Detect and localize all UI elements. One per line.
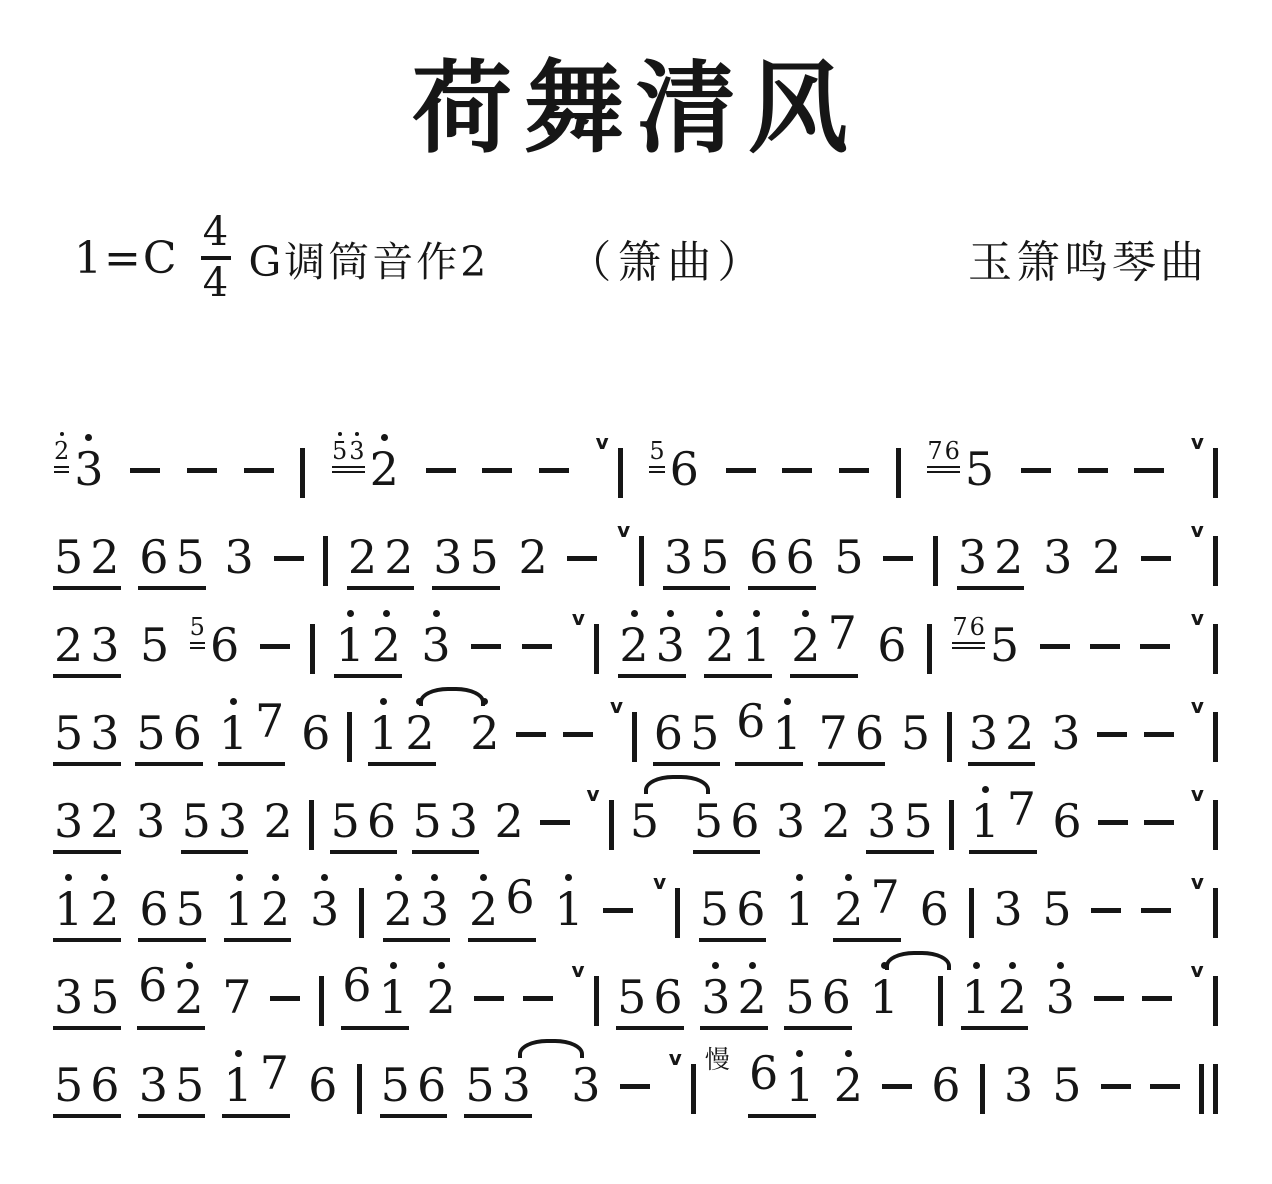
sustain-dash: [1040, 644, 1070, 649]
sustain-dash: [539, 468, 569, 473]
digit-column: 5: [90, 974, 119, 1021]
note: 6: [920, 886, 949, 942]
note-digit: 2: [370, 446, 399, 493]
barline: [949, 800, 954, 850]
note: 3: [136, 798, 165, 854]
digit-column: 5: [649, 439, 664, 463]
note-group: 65: [139, 534, 205, 590]
note-digit: 6: [138, 962, 167, 1009]
digit-column: 6: [173, 710, 202, 757]
note-digit: 1: [785, 1062, 814, 1109]
note-digit: 3: [969, 710, 998, 757]
note-group: 17: [219, 698, 285, 766]
digit-column: 2: [469, 874, 498, 933]
note-digit: 5: [140, 622, 169, 669]
measure-end: [359, 888, 364, 942]
breath-mark-icon: v: [1191, 608, 1204, 628]
note-digit: 3: [421, 622, 450, 669]
digit-column: 3: [664, 534, 693, 581]
eighth-underline: [866, 850, 934, 854]
note-digit: 7: [1007, 786, 1036, 833]
sustain-dash: [1141, 556, 1171, 561]
note-digit: 7: [871, 874, 900, 921]
note-digit: 2: [90, 534, 119, 581]
digit-column: 5: [465, 1062, 494, 1109]
measure-end: [896, 448, 901, 502]
digit-column: 2: [90, 798, 119, 845]
sustain-dash: [1078, 468, 1108, 473]
score-line: 35627612v5632561123v: [54, 942, 1218, 1030]
sustain-dash: [522, 644, 552, 649]
octave-dot-icon: [802, 610, 809, 617]
eighth-underline: [138, 1114, 206, 1118]
note-digit: 5: [190, 615, 205, 639]
eighth-underline: [53, 1026, 121, 1030]
sustain-dash: [523, 996, 553, 1001]
octave-dot-icon: [480, 874, 487, 881]
grace-digits: 5: [649, 439, 664, 463]
eighth-underline: [818, 762, 886, 766]
digit-column: 6: [342, 962, 371, 1021]
breath-mark-icon: v: [669, 1048, 682, 1068]
digit-column: 5: [331, 798, 360, 845]
note-digit: 5: [903, 798, 932, 845]
eighth-underline: [663, 586, 731, 590]
digit-column: 3: [776, 798, 805, 845]
note-digit: 3: [136, 798, 165, 845]
note-digit: 2: [791, 622, 820, 669]
octave-dot-icon: [338, 432, 342, 436]
note: 765: [927, 439, 994, 502]
digit-column: 3: [993, 886, 1022, 933]
digit-column: 5: [617, 974, 646, 1021]
note-digit: 2: [705, 622, 734, 669]
eighth-underline: [616, 1026, 684, 1030]
octave-dot-icon: [565, 874, 572, 881]
note-digit: 3: [90, 622, 119, 669]
digit-column: 3: [310, 874, 339, 933]
octave-dot-icon: [784, 698, 791, 705]
note-digit: 3: [139, 1062, 168, 1109]
note-digit: 2: [994, 534, 1023, 581]
note-digit: 6: [210, 622, 239, 669]
digit-column: 2: [174, 962, 203, 1021]
digit-column: 2: [834, 874, 863, 933]
digit-column: 3: [90, 710, 119, 757]
eighth-underline: [961, 1026, 1029, 1030]
barline: [594, 976, 599, 1026]
digit-column: 5: [182, 798, 211, 845]
sustain-dash: [1141, 908, 1171, 913]
barline: [675, 888, 680, 938]
sustain-dash: [726, 468, 756, 473]
sustain-dash: [1142, 996, 1172, 1001]
digit-column: 1: [962, 962, 991, 1021]
octave-dot-icon: [236, 874, 243, 881]
note-digit: 5: [381, 1062, 410, 1109]
song-title: 荷舞清风: [0, 0, 1272, 172]
digit-column: 6: [505, 874, 534, 933]
digit-column: 2: [90, 874, 119, 933]
note-digit: 2: [834, 1062, 863, 1109]
note-group: 32: [701, 962, 767, 1030]
digit-column: 6: [367, 798, 396, 845]
note-digit: 3: [420, 886, 449, 933]
score-body: 23532v56765v5265322352v356653232v2355612…: [0, 414, 1272, 1118]
octave-dot-icon: [796, 874, 803, 881]
note-digit: 1: [219, 710, 248, 757]
eighth-underline: [224, 938, 292, 942]
digit-column: 1: [225, 874, 254, 933]
digit-column: 6: [877, 622, 906, 669]
eighth-underline: [432, 586, 500, 590]
octave-dot-icon: [235, 1050, 242, 1057]
digit-column: 2: [261, 874, 290, 933]
note-group: 53: [54, 710, 120, 766]
barline: [594, 624, 599, 674]
grace-underline: [190, 642, 205, 645]
note-digit: 6: [367, 798, 396, 845]
note-digit: 1: [225, 886, 254, 933]
note-digit: 5: [176, 886, 205, 933]
note-digit: 2: [264, 798, 293, 845]
note-group: 17: [223, 1050, 289, 1118]
note-group: 12: [335, 610, 401, 678]
grace-underline: [54, 466, 69, 469]
note-digit: 3: [958, 534, 987, 581]
eighth-underline: [53, 674, 121, 678]
note-digit: 3: [1043, 534, 1072, 581]
note-digit: 6: [139, 886, 168, 933]
sustain-dash: [187, 468, 217, 473]
note-group: 12: [962, 962, 1028, 1030]
eighth-underline: [368, 762, 436, 766]
note-group: 61: [342, 962, 408, 1030]
octave-dot-icon: [753, 610, 760, 617]
eighth-underline: [138, 938, 206, 942]
note-group: 17: [970, 786, 1036, 854]
digit-column: 5: [54, 710, 83, 757]
digit-column: 2: [54, 432, 69, 463]
barline: [1213, 800, 1218, 850]
note-digit: 2: [822, 798, 851, 845]
note-digit: 5: [617, 974, 646, 1021]
score-line: 5356176122v6561765323v: [54, 678, 1218, 766]
note-digit: 6: [822, 974, 851, 1021]
note-digit: 6: [920, 886, 949, 933]
note: 3: [1051, 710, 1080, 766]
note-digit: 6: [749, 534, 778, 581]
measure-end: v: [1191, 608, 1218, 678]
note-digit: 1: [554, 886, 583, 933]
eighth-underline: [699, 938, 767, 942]
note: 2: [264, 798, 293, 854]
note-group: 66: [749, 534, 815, 590]
measure-end: [310, 624, 315, 678]
note-group: 35: [867, 798, 933, 854]
barline: [359, 888, 364, 938]
slur-arc-icon: [644, 775, 710, 794]
digit-column: 1: [219, 698, 248, 757]
octave-dot-icon: [1057, 962, 1064, 969]
eighth-underline: [138, 586, 206, 590]
note: 3: [225, 534, 254, 590]
grace-digits: 2: [54, 432, 69, 463]
note: 56: [190, 615, 240, 678]
digit-column: 6: [730, 798, 759, 845]
note-digit: 6: [654, 710, 683, 757]
note-digit: 6: [1052, 798, 1081, 845]
note: 2: [494, 798, 523, 854]
digit-column: 5: [694, 798, 723, 845]
note-digit: 2: [348, 534, 377, 581]
digit-column: 2: [264, 798, 293, 845]
note-digit: 3: [433, 534, 462, 581]
note-digit: 5: [331, 798, 360, 845]
digit-column: 1: [742, 610, 771, 669]
barline: [1213, 1064, 1218, 1114]
barline: [927, 624, 932, 674]
digit-column: 7: [1007, 786, 1036, 845]
digit-column: 1: [379, 962, 408, 1021]
digit-column: 1: [369, 698, 398, 757]
digit-column: 6: [653, 974, 682, 1021]
barline: [947, 712, 952, 762]
digit-column: 3: [218, 798, 247, 845]
note-group: 26: [469, 874, 535, 942]
eighth-underline: [748, 586, 816, 590]
sustain-dash: [1101, 1084, 1131, 1089]
note-digit: 7: [255, 698, 284, 745]
eighth-underline: [347, 586, 415, 590]
breath-mark-icon: v: [1191, 872, 1204, 892]
measure-end: [357, 1064, 362, 1118]
note-digit: 2: [834, 886, 863, 933]
octave-dot-icon: [395, 874, 402, 881]
measure-end: [969, 888, 974, 942]
digit-column: 7: [819, 710, 848, 757]
final-double-barline: [1199, 1064, 1218, 1118]
note: 1: [870, 962, 899, 1030]
digit-column: 3: [1046, 962, 1075, 1021]
digit-column: 5: [190, 615, 205, 639]
octave-dot-icon: [381, 434, 388, 441]
note-digit: 2: [54, 622, 83, 669]
breath-mark-icon: v: [617, 520, 630, 540]
eighth-underline: [748, 1114, 816, 1118]
measure-end: v: [596, 432, 623, 502]
octave-dot-icon: [186, 962, 193, 969]
eighth-underline: [968, 762, 1036, 766]
sustain-dash: [471, 644, 501, 649]
digit-column: 2: [494, 798, 523, 845]
note: 6: [931, 1062, 960, 1118]
note-digit: 5: [469, 534, 498, 581]
digit-column: 6: [417, 1062, 446, 1109]
eighth-underline: [735, 762, 803, 766]
digit-column: 7: [871, 874, 900, 933]
note: 3: [776, 798, 805, 854]
note-digit: 1: [785, 886, 814, 933]
octave-dot-icon: [380, 698, 387, 705]
digit-column: 7: [255, 698, 284, 757]
sustain-dash: [563, 732, 593, 737]
eighth-underline: [618, 674, 686, 678]
note: 23: [54, 432, 104, 502]
note-digit: 2: [1092, 534, 1121, 581]
digit-column: 5: [785, 974, 814, 1021]
note-digit: 3: [867, 798, 896, 845]
note-digit: 3: [1004, 1062, 1033, 1109]
note-digit: 3: [993, 886, 1022, 933]
note-group: 61: [749, 1050, 815, 1118]
note: 1: [554, 874, 583, 942]
note-digit: 6: [139, 534, 168, 581]
note-digit: 5: [90, 974, 119, 1021]
octave-dot-icon: [712, 962, 719, 969]
octave-dot-icon: [272, 874, 279, 881]
note: 3: [1046, 962, 1075, 1030]
note-digit: 7: [819, 710, 848, 757]
digit-column: 6: [736, 886, 765, 933]
breath-mark-icon: v: [596, 432, 609, 452]
note: 5: [901, 710, 930, 766]
note-digit: 1: [223, 1062, 252, 1109]
note-digit: 5: [901, 710, 930, 757]
note-group: 12: [225, 874, 291, 942]
note-group: 53: [182, 798, 248, 854]
note-group: 23: [54, 622, 120, 678]
note-digit: 1: [962, 974, 991, 1021]
digit-column: 6: [920, 886, 949, 933]
note-digit: 2: [998, 974, 1027, 1021]
grace-note: 2: [54, 432, 69, 473]
octave-dot-icon: [390, 962, 397, 969]
note-digit: 6: [736, 886, 765, 933]
note-digit: 6: [301, 710, 330, 757]
octave-dot-icon: [347, 610, 354, 617]
breath-mark-icon: v: [1191, 960, 1204, 980]
eighth-underline: [653, 762, 721, 766]
octave-dot-icon: [101, 874, 108, 881]
note-digit: 3: [502, 1062, 531, 1109]
measure-end: [323, 536, 328, 590]
note-digit: 5: [1042, 886, 1071, 933]
eighth-underline: [693, 850, 761, 854]
digit-column: 2: [1005, 710, 1034, 757]
slur-arc-icon: [419, 687, 485, 706]
note: 6: [877, 622, 906, 678]
digit-column: 5: [413, 798, 442, 845]
digit-column: 3: [449, 798, 478, 845]
note-digit: 5: [630, 798, 659, 845]
digit-column: 3: [502, 1062, 531, 1109]
note: 3: [993, 886, 1022, 942]
digit-column: 5: [332, 432, 347, 463]
measure-end: [927, 624, 932, 678]
breath-mark-icon: v: [1191, 696, 1204, 716]
octave-dot-icon: [60, 432, 64, 436]
sustain-dash: [1094, 996, 1124, 1001]
digit-column: 3: [701, 962, 730, 1021]
digit-column: 3: [349, 432, 364, 463]
measure-end: v: [610, 696, 637, 766]
note: 3: [310, 874, 339, 942]
note-group: 32: [54, 798, 120, 854]
breath-mark-icon: v: [1191, 432, 1204, 452]
note-digit: 2: [90, 886, 119, 933]
digit-column: 2: [998, 962, 1027, 1021]
digit-column: 5: [700, 534, 729, 581]
time-signature-denominator: 4: [203, 263, 228, 304]
barline: [1213, 712, 1218, 762]
grace-underline: [332, 466, 365, 469]
digit-column: 1: [335, 610, 364, 669]
note: 6: [301, 710, 330, 766]
barline: [319, 976, 324, 1026]
digit-column: 2: [1092, 534, 1121, 581]
note-group: 76: [819, 710, 885, 766]
breath-mark-icon: v: [653, 872, 666, 892]
sustain-dash: [567, 556, 597, 561]
note-digit: 3: [1051, 710, 1080, 757]
digit-column: 5: [700, 886, 729, 933]
measure-end: v: [571, 960, 598, 1030]
digit-column: 6: [90, 1062, 119, 1109]
note-digit: 5: [136, 710, 165, 757]
note-digit: 3: [218, 798, 247, 845]
eighth-underline: [53, 938, 121, 942]
sustain-dash: [1150, 1084, 1180, 1089]
octave-dot-icon: [796, 1050, 803, 1057]
digit-column: 6: [736, 698, 765, 757]
time-signature-numerator: 4: [203, 212, 228, 253]
digit-column: 6: [822, 974, 851, 1021]
sustain-dash: [839, 468, 869, 473]
note-group: 56: [381, 1062, 447, 1118]
digit-column: 2: [405, 698, 434, 757]
digit-column: 2: [470, 698, 499, 757]
note-digit: 2: [738, 974, 767, 1021]
digit-column: 2: [426, 962, 455, 1021]
digit-column: 2: [384, 874, 413, 933]
breath-mark-icon: v: [586, 784, 599, 804]
digit-column: 2: [54, 622, 83, 669]
octave-dot-icon: [355, 432, 359, 436]
note-digit: 6: [505, 874, 534, 921]
eighth-underline: [700, 1026, 768, 1030]
digit-column: 7: [828, 610, 857, 669]
grace-note: 76: [927, 439, 960, 473]
note-group: 12: [54, 874, 120, 942]
note: 2: [834, 1050, 863, 1118]
note-group: 56: [54, 1062, 120, 1118]
note-group: 27: [791, 610, 857, 678]
score-line: 32353256532v5563235176v: [54, 766, 1218, 854]
sustain-dash: [883, 556, 913, 561]
digit-column: 1: [970, 786, 999, 845]
octave-dot-icon: [845, 1050, 852, 1057]
digit-column: 1: [554, 874, 583, 933]
measure-end: v: [1191, 520, 1218, 590]
note-digit: 3: [54, 974, 83, 1021]
measure-end: [300, 448, 305, 502]
note-group: 53: [413, 798, 479, 854]
note-digit: 5: [465, 1062, 494, 1109]
note-digit: 3: [571, 1062, 600, 1109]
note-digit: 3: [90, 710, 119, 757]
measure-end: [947, 712, 952, 766]
